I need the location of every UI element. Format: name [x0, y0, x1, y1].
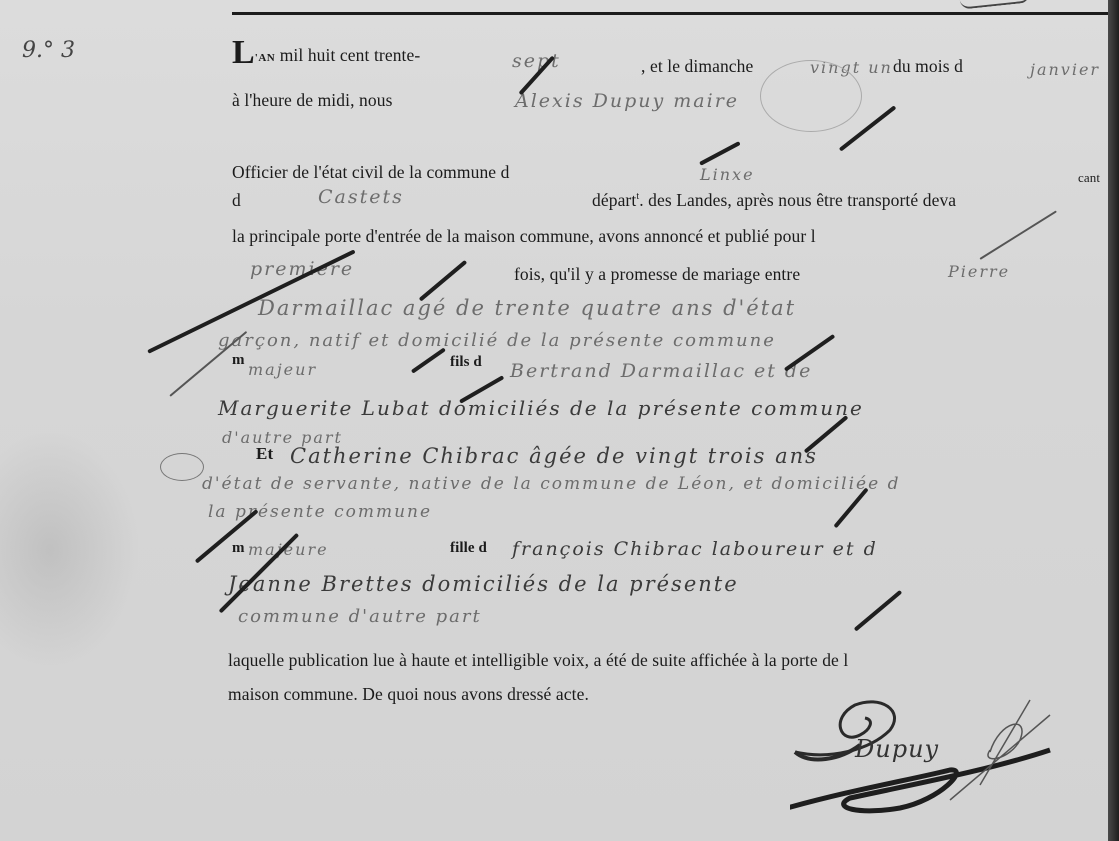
- handwritten-bride-parents-2: Jeanne Brettes domiciliés de la présente: [228, 572, 739, 596]
- printed-line-1: L'AN mil huit cent trente-: [232, 36, 420, 70]
- printed-des-landes: . des Landes, après nous être transporté…: [639, 190, 956, 210]
- printed-d: d: [232, 190, 241, 211]
- handwritten-bride-line-2: d'état de servante, native de la commune…: [202, 474, 900, 494]
- signature-flourish: [790, 690, 1090, 830]
- printed-closing-1: laquelle publication lue à haute et inte…: [228, 650, 848, 671]
- ink-slash: [699, 141, 741, 166]
- page-binding-edge: [1108, 0, 1119, 841]
- printed-m-bride: m: [232, 540, 245, 557]
- ink-flourish: [160, 453, 204, 481]
- ink-flourish: [760, 60, 862, 132]
- printed-canton: cant: [1078, 170, 1100, 186]
- handwritten-bride-line-1: Catherine Chibrac âgée de vingt trois an…: [290, 444, 818, 468]
- ink-slash: [804, 415, 849, 453]
- signature-name: Dupuy: [855, 735, 939, 763]
- margin-note-number: 9.° 3: [22, 38, 75, 63]
- handwritten-year: sept: [512, 50, 561, 72]
- printed-et: Et: [256, 444, 273, 464]
- ink-slash: [854, 590, 903, 632]
- drop-cap: L: [232, 34, 255, 71]
- printed-line-3: Officier de l'état civil de la commune d: [232, 162, 510, 183]
- handwritten-groom-line-1: Darmaillac agé de trente quatre ans d'ét…: [258, 296, 796, 320]
- handwritten-month: janvier: [1030, 60, 1100, 79]
- handwritten-commune: Linxe: [700, 165, 755, 184]
- handwritten-officer: Alexis Dupuy maire: [515, 90, 739, 112]
- printed-m-groom: m: [232, 352, 245, 369]
- handwritten-bride-parents-1: françois Chibrac laboureur et d: [512, 538, 878, 560]
- ink-slash: [411, 347, 446, 373]
- header-rule: [232, 12, 1108, 15]
- handwritten-canton: Castets: [318, 186, 404, 208]
- printed-depart: départ: [592, 190, 636, 210]
- handwritten-groom-status: majeur: [248, 360, 317, 379]
- printed-du-mois: du mois d: [893, 56, 963, 77]
- printed-year-prefix: mil huit cent trente-: [280, 45, 421, 65]
- ink-stroke: [960, 0, 1031, 10]
- printed-departement: départt. des Landes, après nous être tra…: [592, 190, 956, 211]
- printed-line-6: fois, qu'il y a promesse de mariage entr…: [514, 264, 800, 285]
- handwritten-bride-line-3: la présente commune: [208, 502, 432, 522]
- small-caps-an: 'AN: [255, 52, 275, 64]
- handwritten-groom-parents-2: Marguerite Lubat domiciliés de la présen…: [218, 396, 864, 420]
- printed-dimanche: , et le dimanche: [641, 56, 753, 77]
- handwritten-groom-first-name: Pierre: [948, 262, 1010, 281]
- handwritten-bride-parents-3: commune d'autre part: [238, 606, 482, 627]
- ink-slash: [979, 210, 1056, 259]
- printed-closing-2: maison commune. De quoi nous avons dress…: [228, 684, 589, 705]
- handwritten-groom-parents-1: Bertrand Darmaillac et de: [510, 360, 812, 382]
- printed-line-5: la principale porte d'entrée de la maiso…: [232, 226, 816, 247]
- printed-line-2: à l'heure de midi, nous: [232, 90, 392, 111]
- printed-fils-d: fils d: [450, 354, 482, 371]
- printed-fille-d: fille d: [450, 540, 487, 557]
- document-page: 9.° 3 L'AN mil huit cent trente- sept , …: [0, 0, 1108, 841]
- handwritten-groom-line-2: garçon, natif et domicilié de la présent…: [218, 330, 776, 351]
